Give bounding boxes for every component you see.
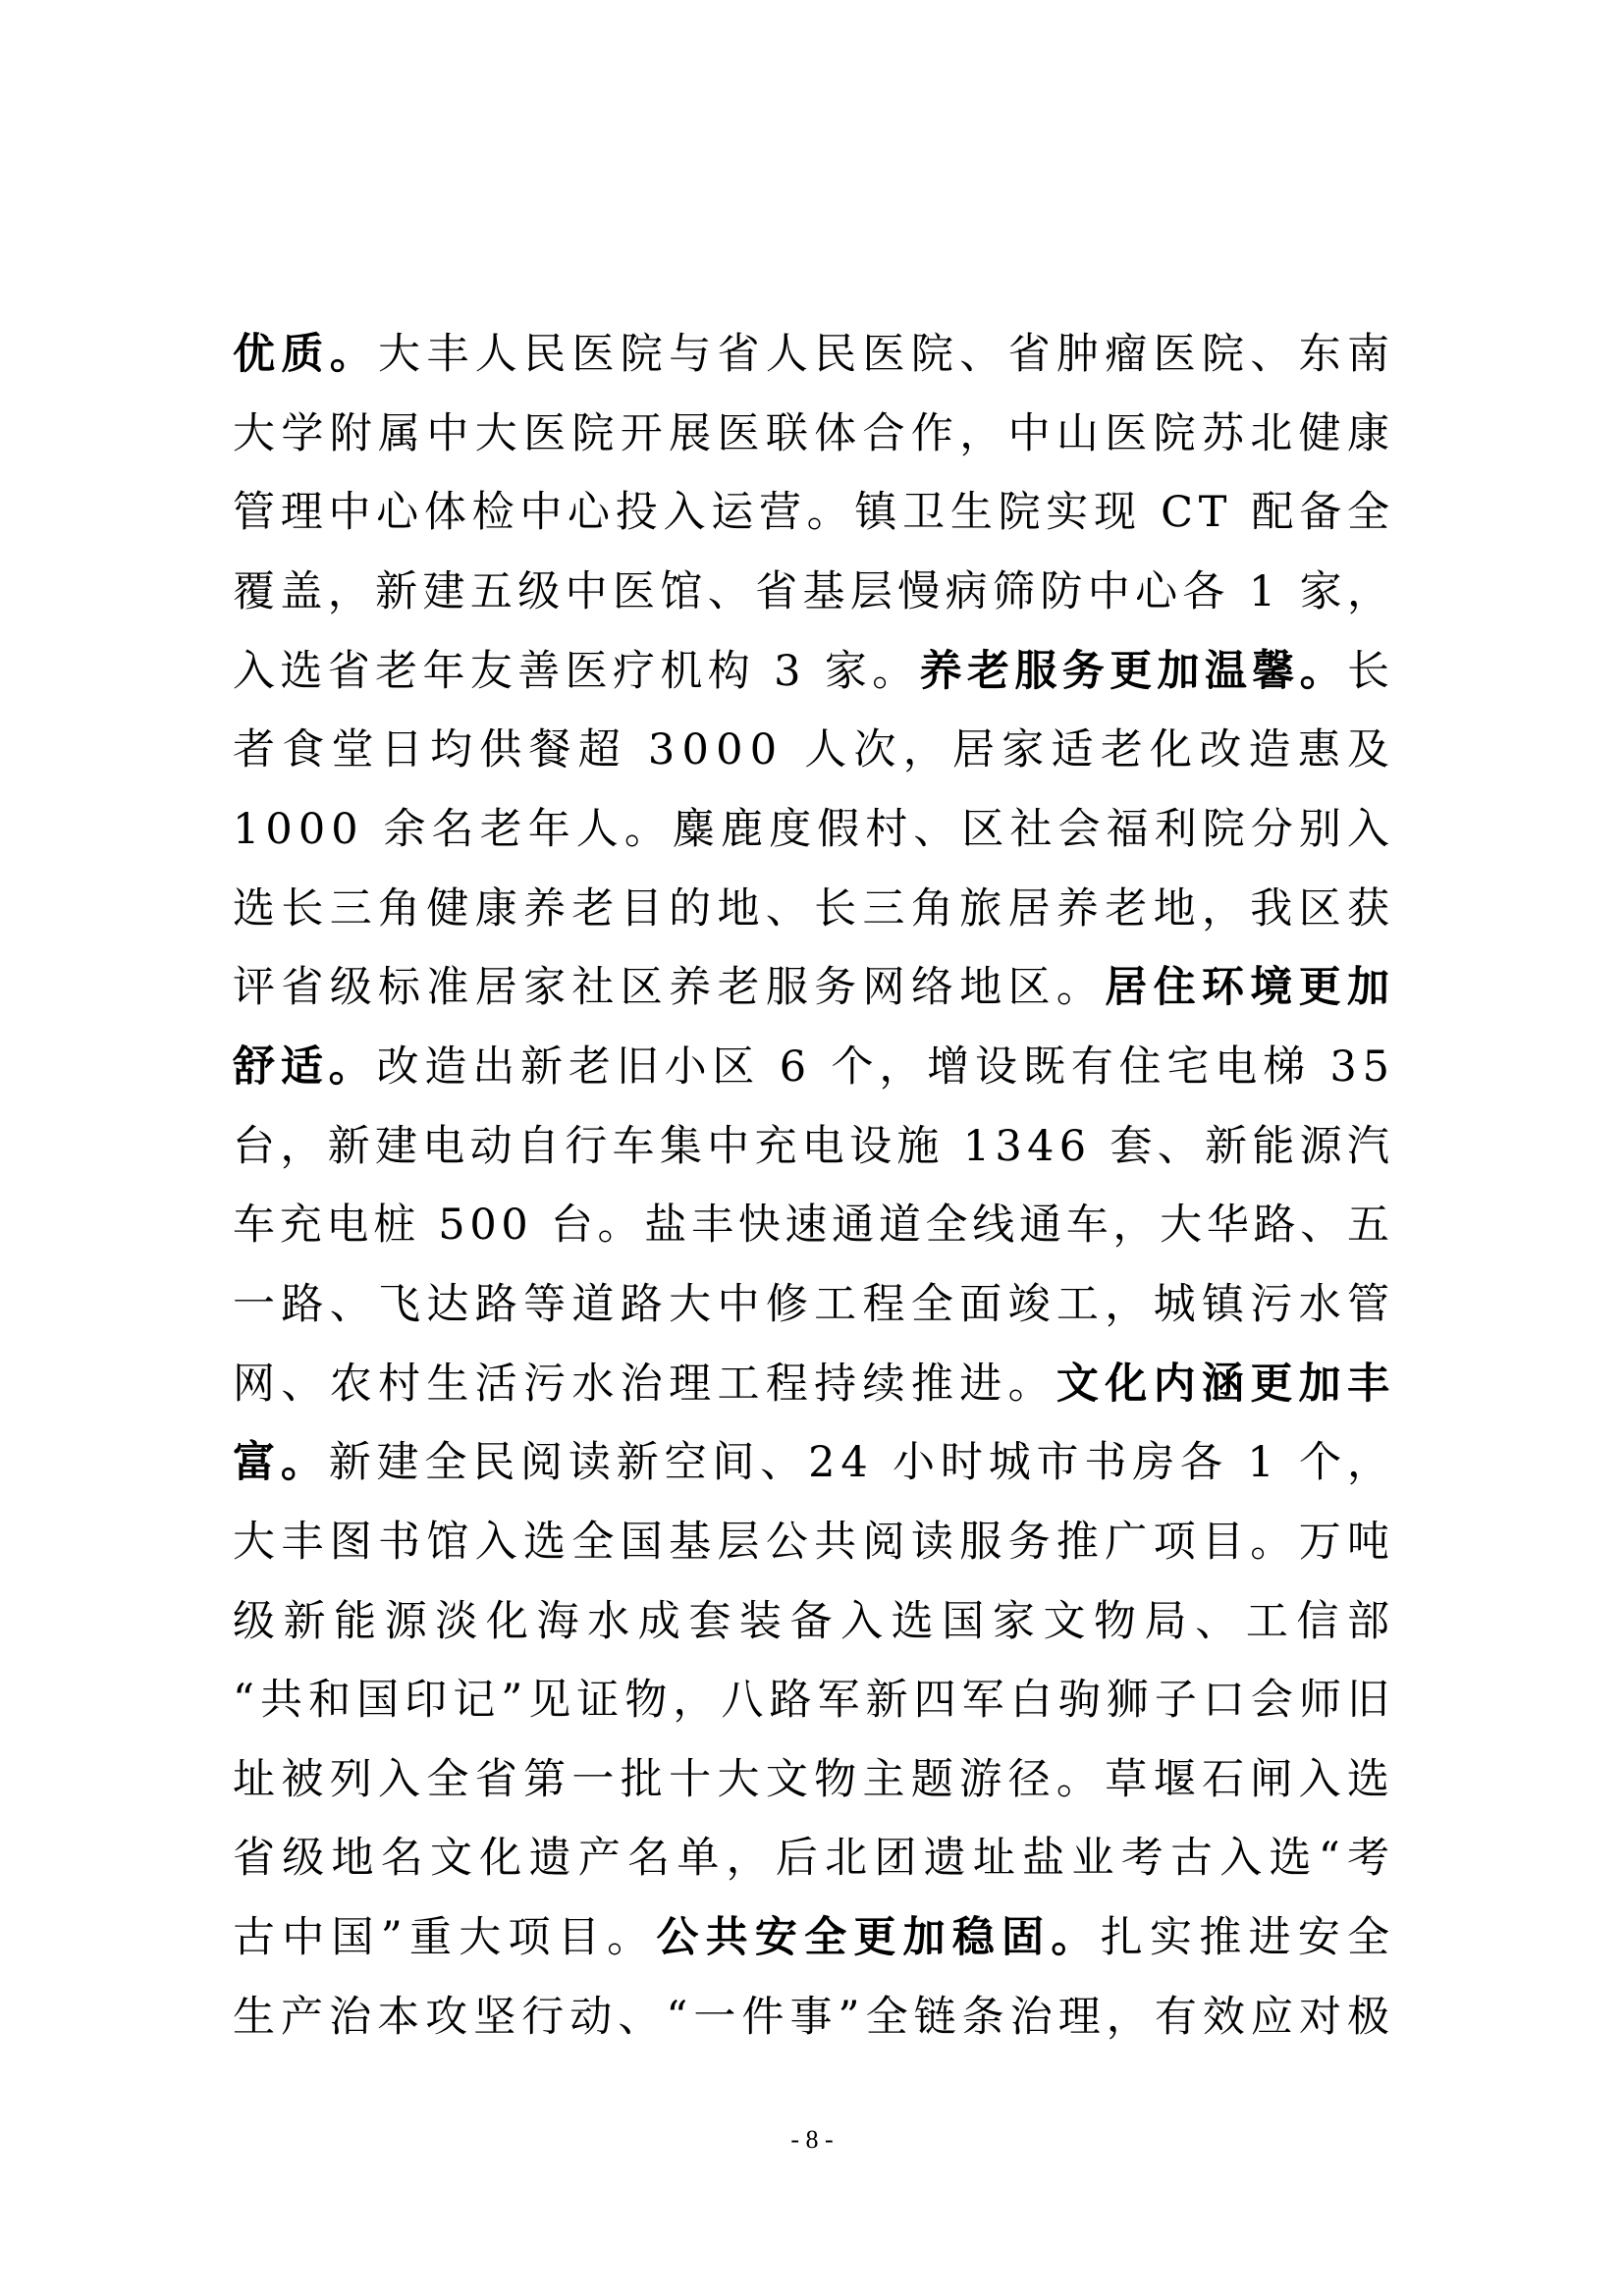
body-text-segment: 省级地名文化遗产名单，后北团遗址盐业考古入选“考	[233, 1834, 1396, 1883]
text-line: 选长三角健康养老目的地、长三角旅居养老地，我区获	[233, 870, 1397, 949]
body-text-segment: 管理中心体检中心投入运营。镇卫生院实现 CT 配备全	[233, 488, 1395, 537]
body-text-segment: 入选省老年友善医疗机构 3 家。	[233, 647, 920, 696]
text-line: 古中国”重大项目。公共安全更加稳固。扎实推进安全	[233, 1898, 1398, 1978]
body-text-segment: 扎实推进安全	[1101, 1913, 1397, 1962]
body-text-segment: 大丰人民医院与省人民医院、省肿瘤医院、东南	[378, 330, 1395, 379]
bold-heading-phrase: 居住环境更加	[1105, 963, 1395, 1012]
bold-heading-phrase: 舒适。	[233, 1042, 377, 1092]
bold-heading-phrase: 文化内涵更加丰	[1056, 1360, 1395, 1409]
text-line: 管理中心体检中心投入运营。镇卫生院实现 CT 配备全	[233, 473, 1397, 553]
body-text-segment: 1000 余名老年人。麋鹿度假村、区社会福利院分别入	[233, 805, 1395, 854]
text-line: 大丰图书馆入选全国基层公共阅读服务推广项目。万吨	[233, 1503, 1397, 1582]
bold-heading-phrase: 公共安全更加稳固。	[656, 1913, 1100, 1962]
body-text-segment: 选长三角健康养老目的地、长三角旅居养老地，我区获	[233, 884, 1395, 934]
body-text-segment: 大学附属中大医院开展医联体合作，中山医院苏北健康	[233, 409, 1395, 458]
text-line: 级新能源淡化海水成套装备入选国家文物局、工信部	[233, 1582, 1400, 1662]
body-text-segment: 台，新建电动自行车集中充电设施 1346 套、新能源汽	[233, 1122, 1394, 1171]
body-text-segment: 覆盖，新建五级中医馆、省基层慢病筛防中心各 1 家，	[233, 567, 1394, 616]
text-line: 覆盖，新建五级中医馆、省基层慢病筛防中心各 1 家，	[233, 553, 1396, 632]
text-line: 台，新建电动自行车集中充电设施 1346 套、新能源汽	[233, 1107, 1396, 1187]
text-line: 舒适。改造出新老旧小区 6 个，增设既有住宅电梯 35	[233, 1028, 1397, 1107]
body-text-segment: 评省级标准居家社区养老服务网络地区。	[233, 963, 1105, 1012]
text-line: 优质。大丰人民医院与省人民医院、省肿瘤医院、东南	[233, 315, 1397, 395]
body-text-segment: 一路、飞达路等道路大中修工程全面竣工，城镇污水管	[233, 1280, 1395, 1329]
body-text-segment: “共和国印记”见证物，八路军新四军白驹狮子口会师旧	[233, 1676, 1395, 1725]
body-text-segment: 者食堂日均供餐超 3000 人次，居家适老化改造惠及	[233, 725, 1396, 774]
text-line: 车充电桩 500 台。盐丰快速通道全线通车，大华路、五	[233, 1186, 1396, 1265]
body-text-segment: 新建全民阅读新空间、24 小时城市书房各 1 个，	[329, 1438, 1395, 1487]
bold-heading-phrase: 养老服务更加温馨。	[920, 647, 1347, 696]
body-text-segment: 址被列入全省第一批十大文物主题游径。草堰石闸入选	[233, 1755, 1395, 1804]
text-line: 评省级标准居家社区养老服务网络地区。居住环境更加	[233, 948, 1397, 1028]
text-line: 1000 余名老年人。麋鹿度假村、区社会福利院分别入	[233, 790, 1397, 870]
body-text-segment: 改造出新老旧小区 6 个，增设既有住宅电梯 35	[377, 1042, 1395, 1092]
text-line: 入选省老年友善医疗机构 3 家。养老服务更加温馨。长	[233, 632, 1396, 712]
text-line: 一路、飞达路等道路大中修工程全面竣工，城镇污水管	[233, 1265, 1397, 1345]
text-line: “共和国印记”见证物，八路军新四军白驹狮子口会师旧	[233, 1661, 1397, 1740]
document-page: 优质。大丰人民医院与省人民医院、省肿瘤医院、东南大学附属中大医院开展医联体合作，…	[0, 0, 1624, 2296]
text-line: 富。新建全民阅读新空间、24 小时城市书房各 1 个，	[233, 1423, 1397, 1503]
bold-heading-phrase: 优质。	[233, 330, 378, 379]
text-line: 网、农村生活污水治理工程持续推进。文化内涵更加丰	[233, 1345, 1397, 1424]
body-text-segment: 车充电桩 500 台。盐丰快速通道全线通车，大华路、五	[233, 1201, 1394, 1250]
text-line: 大学附属中大医院开展医联体合作，中山医院苏北健康	[233, 395, 1397, 474]
body-text-segment: 古中国”重大项目。	[233, 1913, 656, 1962]
text-line: 者食堂日均供餐超 3000 人次，居家适老化改造惠及	[233, 711, 1398, 790]
text-line: 址被列入全省第一批十大文物主题游径。草堰石闸入选	[233, 1740, 1397, 1820]
body-text-segment: 生产治本攻坚行动、“一件事”全链条治理，有效应对极	[233, 1993, 1395, 2042]
body-text-segment: 长	[1347, 647, 1394, 696]
body-text-segment: 级新能源淡化海水成套装备入选国家文物局、工信部	[233, 1597, 1398, 1646]
text-line: 生产治本攻坚行动、“一件事”全链条治理，有效应对极	[233, 1978, 1397, 2057]
body-paragraph: 优质。大丰人民医院与省人民医院、省肿瘤医院、东南大学附属中大医院开展医联体合作，…	[233, 315, 1389, 2056]
text-line: 省级地名文化遗产名单，后北团遗址盐业考古入选“考	[233, 1819, 1398, 1898]
body-text-segment: 网、农村生活污水治理工程持续推进。	[233, 1360, 1056, 1409]
bold-heading-phrase: 富。	[233, 1438, 329, 1487]
body-text-segment: 大丰图书馆入选全国基层公共阅读服务推广项目。万吨	[233, 1518, 1395, 1567]
page-number: - 8 -	[0, 2122, 1624, 2158]
